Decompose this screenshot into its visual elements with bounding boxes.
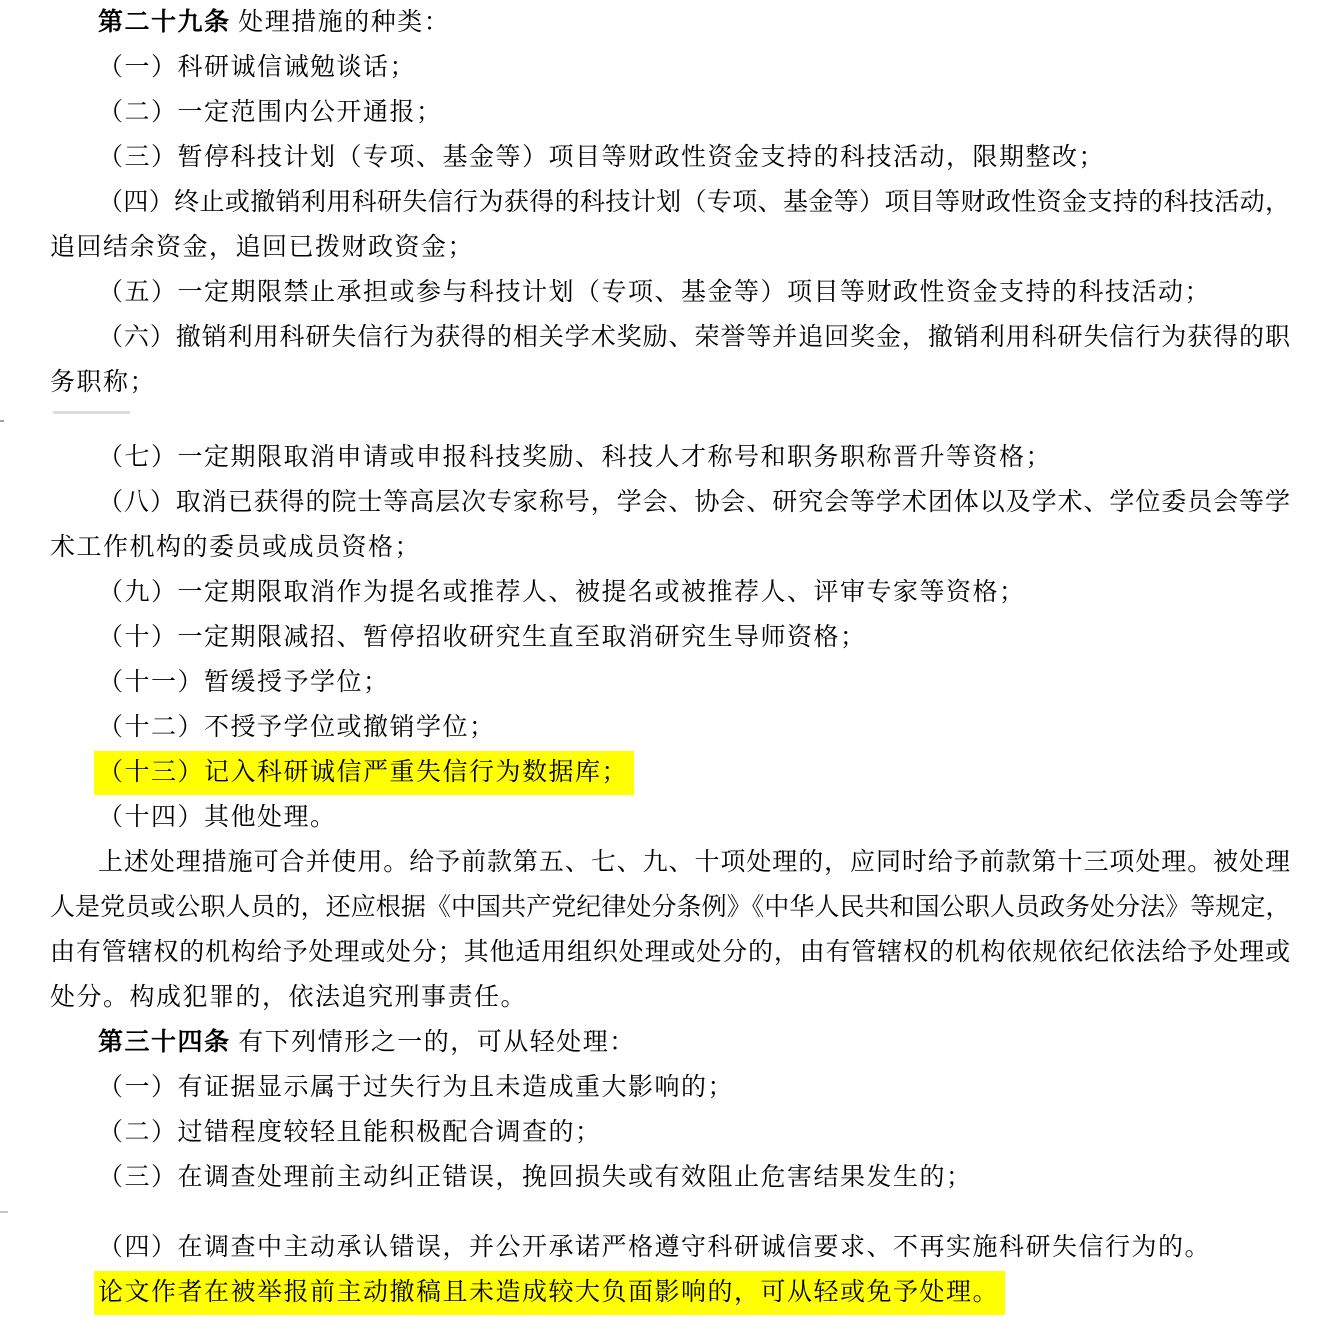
- page-break-artifact-line: [53, 411, 130, 414]
- measure-item-3: （三）暂停科技计划（专项、基金等）项目等财政性资金支持的科技活动，限期整改；: [50, 135, 1290, 180]
- mitigation-item-1: （一）有证据显示属于过失行为且未造成重大影响的；: [50, 1065, 1290, 1110]
- measure-item-10-text: （十）一定期限减招、暂停招收研究生直至取消研究生导师资格；: [98, 624, 867, 651]
- measure-item-11: （十一）暂缓授予学位；: [50, 660, 1290, 705]
- measure-item-8-line-2: 术工作机构的委员或成员资格；: [50, 525, 1290, 570]
- measure-item-11-text: （十一）暂缓授予学位；: [98, 669, 390, 696]
- measure-item-7-text: （七）一定期限取消申请或申报科技奖励、科技人才称号和职务职称晋升等资格；: [98, 444, 1052, 471]
- measure-item-1: （一）科研诚信诫勉谈话；: [50, 45, 1290, 90]
- page-break-artifact-tick-1: [0, 420, 4, 422]
- mitigation-item-1-text: （一）有证据显示属于过失行为且未造成重大影响的；: [98, 1074, 734, 1101]
- measure-item-4-line-1: （四）终止或撤销利用科研失信行为获得的科技计划（专项、基金等）项目等财政性资金支…: [50, 180, 1290, 225]
- mitigation-item-2-text: （二）过错程度较轻且能积极配合调查的；: [98, 1119, 602, 1146]
- measure-item-6-line-1: （六）撤销利用科研失信行为获得的相关学术奖励、荣誉等并追回奖金，撤销利用科研失信…: [50, 315, 1290, 360]
- measure-item-3-text: （三）暂停科技计划（专项、基金等）项目等财政性资金支持的科技活动，限期整改；: [98, 144, 1105, 171]
- regulation-text-body: 第二十九条 处理措施的种类： （一）科研诚信诫勉谈话； （二）一定范围内公开通报…: [50, 0, 1290, 1315]
- article-34-title: 有下列情形之一的，可从轻处理：: [231, 1029, 636, 1056]
- measure-item-5-text: （五）一定期限禁止承担或参与科技计划（专项、基金等）项目等财政性资金支持的科技活…: [98, 279, 1211, 306]
- measure-item-6-line-2: 务职称；: [50, 360, 1290, 405]
- highlight-database-entry: （十三）记入科研诚信严重失信行为数据库；: [94, 751, 634, 795]
- measure-item-14: （十四）其他处理。: [50, 795, 1290, 840]
- measure-item-4-line-2: 追回结余资金，追回已拨财政资金；: [50, 225, 1290, 270]
- measure-item-1-text: （一）科研诚信诫勉谈话；: [98, 54, 416, 81]
- combined-measures-line-4: 处分。构成犯罪的，依法追究刑事责任。: [50, 975, 1290, 1020]
- retraction-clause-highlighted: 论文作者在被举报前主动撤稿且未造成较大负面影响的，可从轻或免予处理。: [50, 1270, 1290, 1315]
- measure-item-4-text-1: （四）终止或撤销利用科研失信行为获得的科技计划（专项、基金等）项目等财政性资金支…: [98, 189, 1290, 216]
- measure-item-13-highlighted: （十三）记入科研诚信严重失信行为数据库；: [50, 750, 1290, 795]
- highlight-retraction-clause: 论文作者在被举报前主动撤稿且未造成较大负面影响的，可从轻或免予处理。: [94, 1271, 1005, 1315]
- mitigation-item-4: （四）在调查中主动承认错误，并公开承诺严格遵守科研诚信要求、不再实施科研失信行为…: [50, 1225, 1290, 1270]
- article-29-title: 处理措施的种类：: [231, 9, 451, 36]
- measure-item-12: （十二）不授予学位或撤销学位；: [50, 705, 1290, 750]
- combined-measures-line-2: 人是党员或公职人员的，还应根据《中国共产党纪律处分条例》《中华人民共和国公职人员…: [50, 885, 1290, 930]
- measure-item-8-text-1: （八）取消已获得的院士等高层次专家称号，学会、协会、研究会等学术团体以及学术、学…: [98, 489, 1290, 516]
- combined-measures-line-3: 由有管辖权的机构给予处理或处分；其他适用组织处理或处分的，由有管辖权的机构依规依…: [50, 930, 1290, 975]
- measure-item-4-text-2: 追回结余资金，追回已拨财政资金；: [50, 234, 474, 261]
- measure-item-2-text: （二）一定范围内公开通报；: [98, 99, 443, 126]
- measure-item-14-text: （十四）其他处理。: [98, 804, 337, 831]
- measure-item-9-text: （九）一定期限取消作为提名或推荐人、被提名或被推荐人、评审专家等资格；: [98, 579, 1026, 606]
- mitigation-item-3-text: （三）在调查处理前主动纠正错误，挽回损失或有效阻止危害结果发生的；: [98, 1164, 973, 1191]
- measure-item-5: （五）一定期限禁止承担或参与科技计划（专项、基金等）项目等财政性资金支持的科技活…: [50, 270, 1290, 315]
- article-29-heading: 第二十九条 处理措施的种类：: [50, 0, 1290, 45]
- page-break-artifact-tick-2: [0, 1211, 8, 1213]
- combined-measures-text-4: 处分。构成犯罪的，依法追究刑事责任。: [50, 984, 527, 1011]
- measure-item-12-text: （十二）不授予学位或撤销学位；: [98, 714, 496, 741]
- measure-item-2: （二）一定范围内公开通报；: [50, 90, 1290, 135]
- combined-measures-text-3: 由有管辖权的机构给予处理或处分；其他适用组织处理或处分的，由有管辖权的机构依规依…: [50, 939, 1290, 966]
- mitigation-item-4-text: （四）在调查中主动承认错误，并公开承诺严格遵守科研诚信要求、不再实施科研失信行为…: [98, 1234, 1211, 1261]
- measure-item-10: （十）一定期限减招、暂停招收研究生直至取消研究生导师资格；: [50, 615, 1290, 660]
- measure-item-6-text-2: 务职称；: [50, 369, 156, 396]
- measure-item-6-text-1: （六）撤销利用科研失信行为获得的相关学术奖励、荣誉等并追回奖金，撤销利用科研失信…: [98, 324, 1290, 351]
- combined-measures-text-2: 人是党员或公职人员的，还应根据《中国共产党纪律处分条例》《中华人民共和国公职人员…: [50, 894, 1290, 921]
- mitigation-item-3: （三）在调查处理前主动纠正错误，挽回损失或有效阻止危害结果发生的；: [50, 1155, 1290, 1200]
- combined-measures-line-1: 上述处理措施可合并使用。给予前款第五、七、九、十项处理的，应同时给予前款第十三项…: [50, 840, 1290, 885]
- document-page: { "page": { "background_color": "#ffffff…: [0, 0, 1336, 1320]
- measure-item-9: （九）一定期限取消作为提名或推荐人、被提名或被推荐人、评审专家等资格；: [50, 570, 1290, 615]
- mitigation-item-2: （二）过错程度较轻且能积极配合调查的；: [50, 1110, 1290, 1155]
- measure-item-8-text-2: 术工作机构的委员或成员资格；: [50, 534, 421, 561]
- article-34-heading: 第三十四条 有下列情形之一的，可从轻处理：: [50, 1020, 1290, 1065]
- measure-item-7: （七）一定期限取消申请或申报科技奖励、科技人才称号和职务职称晋升等资格；: [50, 435, 1290, 480]
- article-34-number: 第三十四条: [98, 1029, 231, 1056]
- combined-measures-text-1: 上述处理措施可合并使用。给予前款第五、七、九、十项处理的，应同时给予前款第十三项…: [98, 849, 1290, 876]
- measure-item-8-line-1: （八）取消已获得的院士等高层次专家称号，学会、协会、研究会等学术团体以及学术、学…: [50, 480, 1290, 525]
- article-29-number: 第二十九条: [98, 9, 231, 36]
